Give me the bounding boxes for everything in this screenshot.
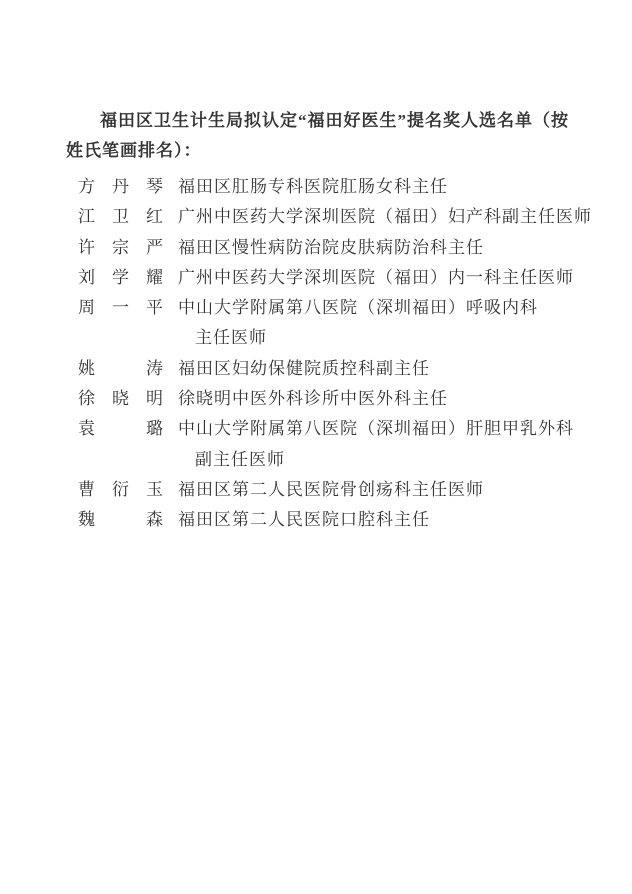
position-line: 广州中医药大学深圳医院（福田）妇产科副主任医师 xyxy=(178,202,596,232)
position-line: 中山大学附属第八医院（深圳福田）呼吸内科 xyxy=(178,293,596,323)
nominee-position: 广州中医药大学深圳医院（福田）妇产科副主任医师 xyxy=(178,202,596,232)
nominee-position: 福田区第二人民医院骨创疡科主任医师 xyxy=(178,475,596,505)
nominee-name: 周一平 xyxy=(78,293,164,323)
list-item: 曹衍玉福田区第二人民医院骨创疡科主任医师 xyxy=(78,475,596,505)
nominee-name: 徐晓明 xyxy=(78,384,164,414)
list-item: 袁璐中山大学附属第八医院（深圳福田）肝胆甲乳外科副主任医师 xyxy=(78,414,596,475)
nominee-name: 魏森 xyxy=(78,505,164,535)
nominee-position: 徐晓明中医外科诊所中医外科主任 xyxy=(178,384,596,414)
nominee-name: 刘学耀 xyxy=(78,263,164,293)
nominee-position: 中山大学附属第八医院（深圳福田）肝胆甲乳外科副主任医师 xyxy=(178,414,596,475)
position-line: 福田区第二人民医院口腔科主任 xyxy=(178,505,596,535)
nominee-name: 方丹琴 xyxy=(78,172,164,202)
list-item: 刘学耀广州中医药大学深圳医院（福田）内一科主任医师 xyxy=(78,263,596,293)
document-title: 福田区卫生计生局拟认定“福田好医生”提名奖人选名单（按 姓氏笔画排名）： xyxy=(66,106,596,166)
list-item: 周一平中山大学附属第八医院（深圳福田）呼吸内科主任医师 xyxy=(78,293,596,354)
position-line: 副主任医师 xyxy=(178,445,596,475)
list-item: 方丹琴福田区肛肠专科医院肛肠女科主任 xyxy=(78,172,596,202)
nominee-name: 曹衍玉 xyxy=(78,475,164,505)
nominee-name: 姚涛 xyxy=(78,354,164,384)
position-line: 福田区第二人民医院骨创疡科主任医师 xyxy=(178,475,596,505)
list-item: 姚涛福田区妇幼保健院质控科副主任 xyxy=(78,354,596,384)
nominee-position: 福田区肛肠专科医院肛肠女科主任 xyxy=(178,172,596,202)
position-line: 徐晓明中医外科诊所中医外科主任 xyxy=(178,384,596,414)
position-line: 福田区妇幼保健院质控科副主任 xyxy=(178,354,596,384)
position-line: 福田区慢性病防治院皮肤病防治科主任 xyxy=(178,233,596,263)
list-item: 江卫红广州中医药大学深圳医院（福田）妇产科副主任医师 xyxy=(78,202,596,232)
nominee-position: 广州中医药大学深圳医院（福田）内一科主任医师 xyxy=(178,263,596,293)
nominee-position: 福田区第二人民医院口腔科主任 xyxy=(178,505,596,535)
list-item: 徐晓明徐晓明中医外科诊所中医外科主任 xyxy=(78,384,596,414)
nominee-position: 福田区妇幼保健院质控科副主任 xyxy=(178,354,596,384)
title-line-2: 姓氏笔画排名）： xyxy=(66,136,596,166)
position-line: 福田区肛肠专科医院肛肠女科主任 xyxy=(178,172,596,202)
nominee-list: 方丹琴福田区肛肠专科医院肛肠女科主任江卫红广州中医药大学深圳医院（福田）妇产科副… xyxy=(66,172,596,536)
nominee-name: 袁璐 xyxy=(78,414,164,444)
nominee-position: 中山大学附属第八医院（深圳福田）呼吸内科主任医师 xyxy=(178,293,596,354)
nominee-name: 许宗严 xyxy=(78,233,164,263)
nominee-name: 江卫红 xyxy=(78,202,164,232)
title-line-1: 福田区卫生计生局拟认定“福田好医生”提名奖人选名单（按 xyxy=(66,106,596,136)
list-item: 魏森福田区第二人民医院口腔科主任 xyxy=(78,505,596,535)
position-line: 中山大学附属第八医院（深圳福田）肝胆甲乳外科 xyxy=(178,414,596,444)
position-line: 广州中医药大学深圳医院（福田）内一科主任医师 xyxy=(178,263,596,293)
document-page: 福田区卫生计生局拟认定“福田好医生”提名奖人选名单（按 姓氏笔画排名）： 方丹琴… xyxy=(0,0,632,894)
nominee-position: 福田区慢性病防治院皮肤病防治科主任 xyxy=(178,233,596,263)
position-line: 主任医师 xyxy=(178,323,596,353)
list-item: 许宗严福田区慢性病防治院皮肤病防治科主任 xyxy=(78,233,596,263)
